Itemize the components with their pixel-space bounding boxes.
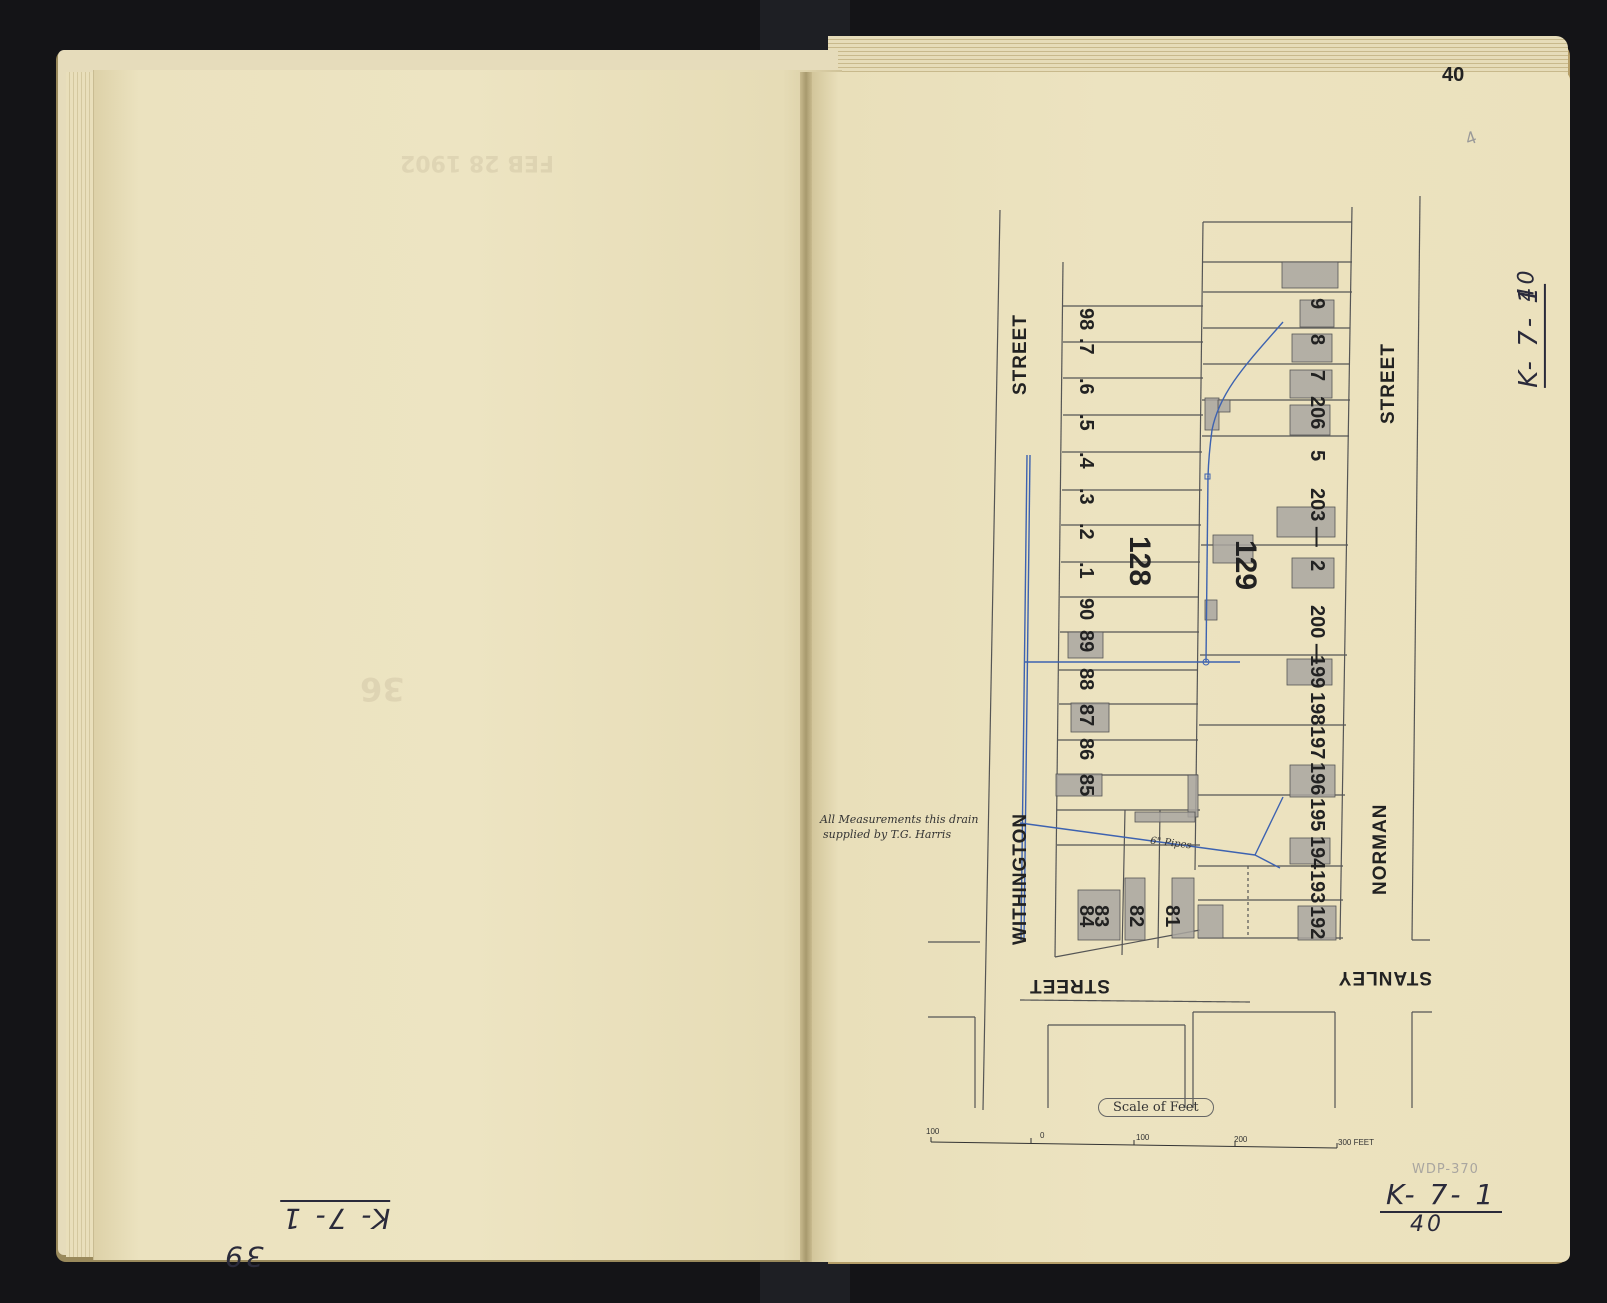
measurement-note-line1: All Measurements this drain (820, 813, 979, 826)
lot-label: 83 (1089, 905, 1112, 927)
scale-bar (931, 1137, 1337, 1148)
lot-label: 86 (1074, 738, 1097, 760)
scale-tick-label: 300 FEET (1338, 1138, 1374, 1147)
street-label-norman-part2: NORMAN (1370, 804, 1392, 896)
lot-label: 196 (1305, 762, 1328, 795)
lot-label: 194 (1305, 836, 1328, 869)
drainage-map (0, 0, 1607, 1303)
lot-label: 89 (1074, 630, 1097, 652)
lot-label: 87 (1074, 704, 1097, 726)
lot-label: .3 (1074, 488, 1097, 505)
scale-tick-label: 0 (1040, 1131, 1044, 1140)
lot-label: 203 — (1305, 488, 1328, 547)
lot-label: 206 (1305, 396, 1328, 429)
scale-tick-label: 100 (1136, 1133, 1149, 1142)
lot-label: 2 (1305, 560, 1328, 571)
lot-label: 7 (1305, 370, 1328, 381)
lot-label: 8 (1305, 334, 1328, 345)
lot-label: 195 (1305, 798, 1328, 831)
lot-label: .2 (1074, 523, 1097, 540)
lot-label: .4 (1074, 452, 1097, 469)
lot-label: 98 (1074, 308, 1097, 330)
lot-label: 198 (1305, 692, 1328, 725)
lot-label: .5 (1074, 414, 1097, 431)
lot-label: 90 (1074, 598, 1097, 620)
lot-label: .1 (1074, 562, 1097, 579)
lot-label: 5 (1305, 450, 1328, 461)
street-label-norman-part1: STREET (1378, 343, 1400, 424)
street-label-withington-part1: STREET (1010, 314, 1032, 395)
lot-label: 199 (1305, 655, 1328, 688)
lot-label: 85 (1074, 774, 1097, 796)
scale-tick-label: 100 (926, 1127, 939, 1136)
lot-label: 192 (1305, 906, 1328, 939)
lot-label: .6 (1074, 378, 1097, 395)
lot-label: 9 (1305, 298, 1328, 309)
lot-label: 81 (1160, 905, 1183, 927)
lot-label: 88 (1074, 668, 1097, 690)
street-label-stanley-part2: STANLEY (1338, 966, 1432, 988)
measurement-note-line2: supplied by T.G. Harris (823, 828, 951, 841)
lot-label: 197 (1305, 726, 1328, 759)
scale-tick-label: 200 (1234, 1135, 1247, 1144)
scale-title: Scale of Feet (1098, 1098, 1214, 1117)
street-label-withington-part2: WITHINGTON (1010, 813, 1032, 945)
street-label-stanley-part1: STREET (1029, 974, 1110, 996)
block-number-129: 129 (1228, 540, 1262, 590)
lot-label: 82 (1124, 905, 1147, 927)
lot-label: 193 (1305, 870, 1328, 903)
block-number-128: 128 (1122, 536, 1156, 586)
lot-label: .7 (1074, 338, 1097, 355)
